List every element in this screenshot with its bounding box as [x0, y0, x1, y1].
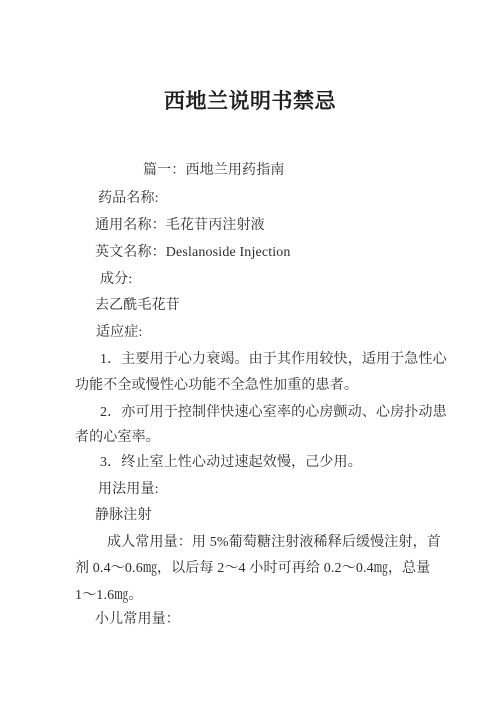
line-adult-dose-a: 成人常用量：用 5%葡萄糖注射液稀释后缓慢注射，首: [107, 534, 441, 551]
line-indication-2a: 2．亦可用于控制伴快速心室率的心房颤动、心房扑动患: [100, 404, 447, 421]
line-indication-1a: 1．主要用于心力衰竭。由于其作用较快，适用于急性心: [100, 351, 447, 368]
line-ingredient-value: 去乙酰毛花苷: [95, 297, 180, 314]
line-iv-injection: 静脉注射: [95, 507, 152, 524]
document-page: 西地兰说明书禁忌 篇一：西地兰用药指南 药品名称: 通用名称：毛花苷丙注射液 英…: [0, 0, 500, 707]
line-ingredients-label: 成分:: [100, 271, 132, 288]
line-generic-name: 通用名称：毛花苷丙注射液: [95, 217, 265, 234]
line-indication-1b: 功能不全或慢性心功能不全急性加重的患者。: [75, 377, 358, 394]
page-title: 西地兰说明书禁忌: [0, 89, 500, 113]
line-indication-2b: 者的心室率。: [75, 429, 160, 446]
line-children-dose-label: 小儿常用量：: [95, 611, 180, 628]
line-part-one-heading: 篇一：西地兰用药指南: [143, 162, 285, 179]
line-indications-label: 适应症:: [96, 324, 143, 341]
line-drug-name-label: 药品名称:: [98, 190, 159, 207]
line-dosage-label: 用法用量:: [98, 481, 159, 498]
line-indication-3: 3．终止室上性心动过速起效慢，己少用。: [100, 454, 362, 471]
line-english-name: 英文名称：Deslanoside Injection: [95, 244, 291, 261]
line-adult-dose-b: 剂 0.4～0.6㎎，以后每 2～4 小时可再给 0.2～0.4㎎，总量: [75, 560, 430, 577]
line-adult-dose-c: 1～1.6㎎。: [75, 587, 143, 604]
